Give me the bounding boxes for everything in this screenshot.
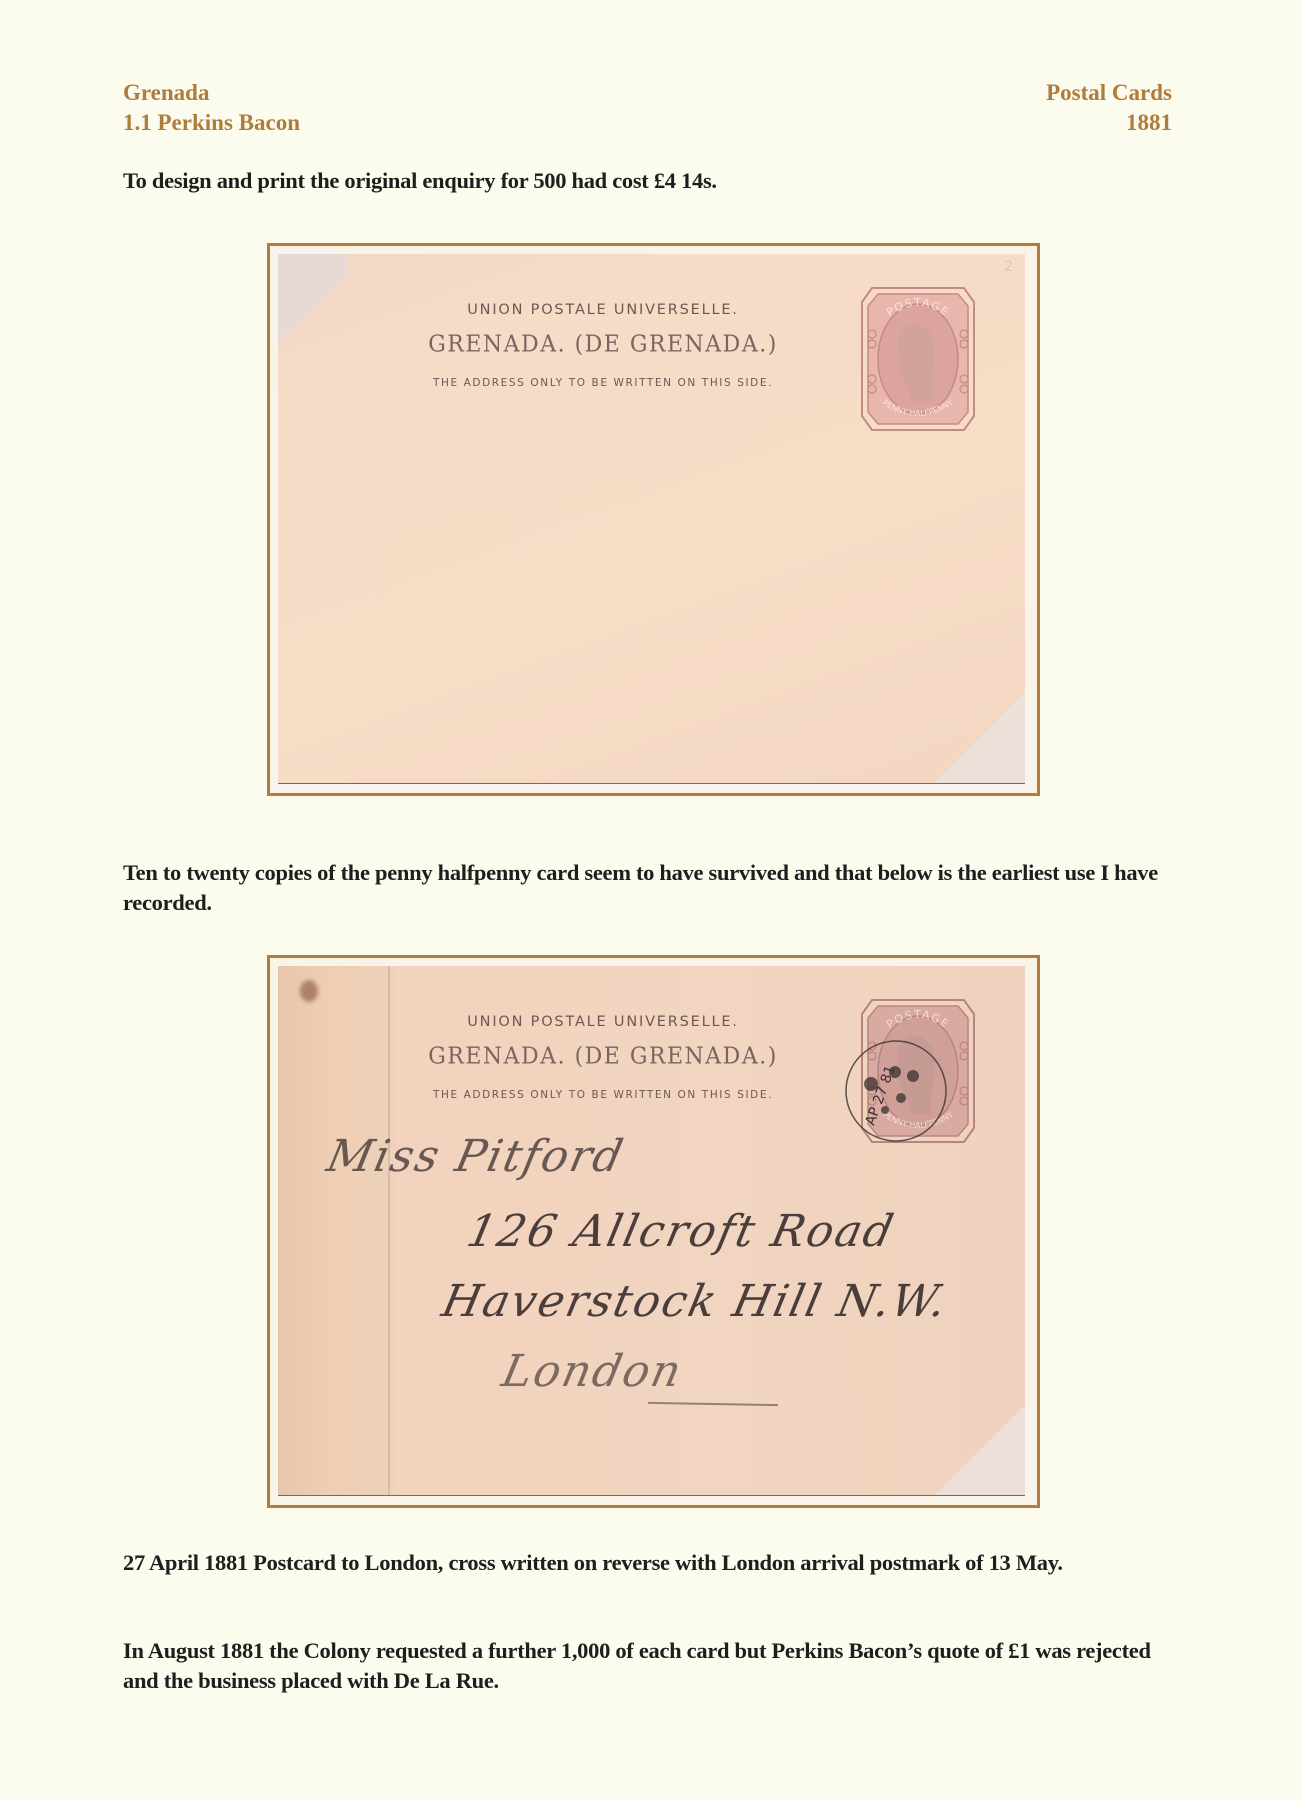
address-line-district: Haverstock Hill N.W. xyxy=(438,1276,953,1327)
postal-card-used: UNION POSTALE UNIVERSELLE. GRENADA. (DE … xyxy=(278,966,1025,1495)
card-frame-used: UNION POSTALE UNIVERSELLE. GRENADA. (DE … xyxy=(267,955,1040,1508)
header-category: Postal Cards xyxy=(1046,78,1172,108)
card-heading-grenada: GRENADA. (DE GRENADA.) xyxy=(383,331,823,357)
svg-text:AP 27 81: AP 27 81 xyxy=(863,1063,899,1127)
paragraph-de-la-rue: In August 1881 the Colony requested a fu… xyxy=(123,1636,1183,1696)
paragraph-postcard-description: 27 April 1881 Postcard to London, cross … xyxy=(123,1548,1183,1578)
header-section: 1.1 Perkins Bacon xyxy=(123,108,300,138)
paragraph-survival: Ten to twenty copies of the penny halfpe… xyxy=(123,858,1183,918)
card-heading-upu: UNION POSTALE UNIVERSELLE. xyxy=(403,1014,803,1030)
address-line-name: Miss Pitford xyxy=(323,1131,629,1182)
header-right: Postal Cards 1881 xyxy=(1046,78,1172,138)
address-line-city: London xyxy=(498,1346,688,1397)
corner-fold xyxy=(278,254,348,364)
postal-card-unused: 2 UNION POSTALE UNIVERSELLE. GRENADA. (D… xyxy=(278,254,1025,783)
header-left: Grenada 1.1 Perkins Bacon xyxy=(123,78,300,138)
card-heading-grenada: GRENADA. (DE GRENADA.) xyxy=(383,1043,823,1069)
address-line-street: 126 Allcroft Road xyxy=(463,1206,900,1257)
header-year: 1881 xyxy=(1046,108,1172,138)
corner-fold xyxy=(935,1385,1025,1495)
paragraph-cost: To design and print the original enquiry… xyxy=(123,166,1183,196)
card-heading-upu: UNION POSTALE UNIVERSELLE. xyxy=(403,302,803,318)
card-frame-unused: 2 UNION POSTALE UNIVERSELLE. GRENADA. (D… xyxy=(267,243,1040,796)
queen-victoria-stamp-icon: POSTAGE PENNY HALFPENNY xyxy=(858,284,978,434)
stain-mark xyxy=(300,980,318,1002)
corner-fold xyxy=(935,673,1025,783)
card-address-note: THE ADDRESS ONLY TO BE WRITTEN ON THIS S… xyxy=(383,377,823,389)
circular-datestamp-icon: AP 27 81 xyxy=(841,1036,951,1146)
pencil-number: 2 xyxy=(1004,259,1013,275)
card-address-note: THE ADDRESS ONLY TO BE WRITTEN ON THIS S… xyxy=(383,1089,823,1101)
address-underline xyxy=(648,1402,778,1406)
header-country: Grenada xyxy=(123,78,300,108)
